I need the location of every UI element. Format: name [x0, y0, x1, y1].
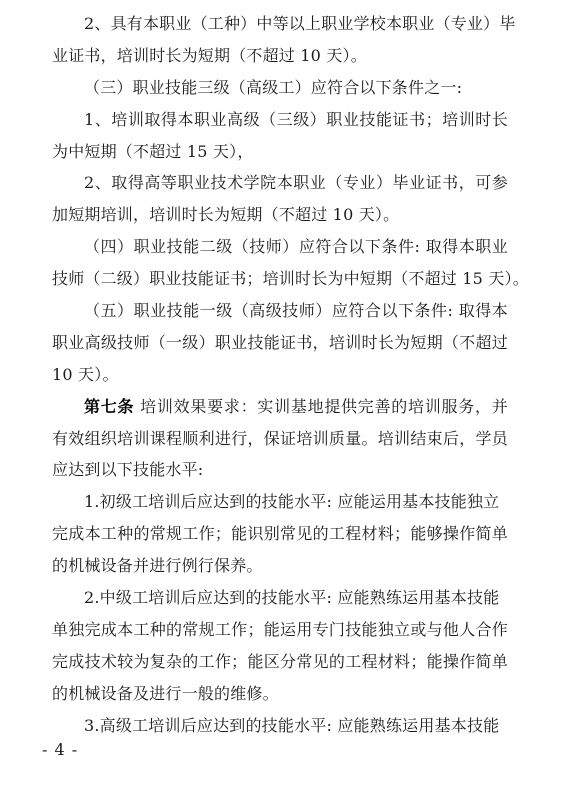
text-line: 业证书，培训时长为短期（不超过 10 天）。 — [52, 40, 508, 72]
text-line: 有效组织培训课程顺利进行，保证培训质量。培训结束后，学员 — [52, 423, 508, 455]
text-line: 1、培训取得本职业高级（三级）职业技能证书；培训时长 — [52, 104, 508, 136]
page-number: - 4 - — [42, 738, 78, 762]
text-line: 2.中级工培训后应达到的技能水平: 应能熟练运用基本技能 — [52, 582, 508, 614]
text-line: 的机械设备及进行一般的维修。 — [52, 678, 508, 710]
text-line: 职业高级技师（一级）职业技能证书，培训时长为短期（不超过 — [52, 327, 508, 359]
text-line: 10 天）。 — [52, 359, 508, 391]
bold-article-label: 第七条 — [84, 397, 134, 416]
text-line: （四）职业技能二级（技师）应符合以下条件: 取得本职业 — [52, 231, 508, 263]
document-page: 2、具有本职业（工种）中等以上职业学校本职业（专业）毕业证书，培训时长为短期（不… — [0, 0, 562, 800]
document-text: 2、具有本职业（工种）中等以上职业学校本职业（专业）毕业证书，培训时长为短期（不… — [52, 8, 508, 741]
text-line: 3.高级工培训后应达到的技能水平: 应能熟练运用基本技能 — [52, 710, 508, 742]
text-line: 1.初级工培训后应达到的技能水平: 应能运用基本技能独立 — [52, 486, 508, 518]
text-line: 第七条 培训效果要求：实训基地提供完善的培训服务，并 — [52, 391, 508, 423]
text-line: 完成本工种的常规工作；能识别常见的工程材料；能够操作简单 — [52, 518, 508, 550]
text-line: 2、具有本职业（工种）中等以上职业学校本职业（专业）毕 — [52, 8, 508, 40]
text-line: 2、取得高等职业技术学院本职业（专业）毕业证书，可参 — [52, 167, 508, 199]
text-line: 加短期培训，培训时长为短期（不超过 10 天）。 — [52, 199, 508, 231]
text-line: 完成技术较为复杂的工作；能区分常见的工程材料；能操作简单 — [52, 646, 508, 678]
text-line: 单独完成本工种的常规工作；能运用专门技能独立或与他人合作 — [52, 614, 508, 646]
text-line: 应达到以下技能水平: — [52, 454, 508, 486]
text-line: 的机械设备并进行例行保养。 — [52, 550, 508, 582]
text-line: （三）职业技能三级（高级工）应符合以下条件之一: — [52, 72, 508, 104]
text-line: （五）职业技能一级（高级技师）应符合以下条件: 取得本 — [52, 295, 508, 327]
text-line: 为中短期（不超过 15 天）， — [52, 136, 508, 168]
text-line: 技师（二级）职业技能证书；培训时长为中短期（不超过 15 天）。 — [52, 263, 508, 295]
